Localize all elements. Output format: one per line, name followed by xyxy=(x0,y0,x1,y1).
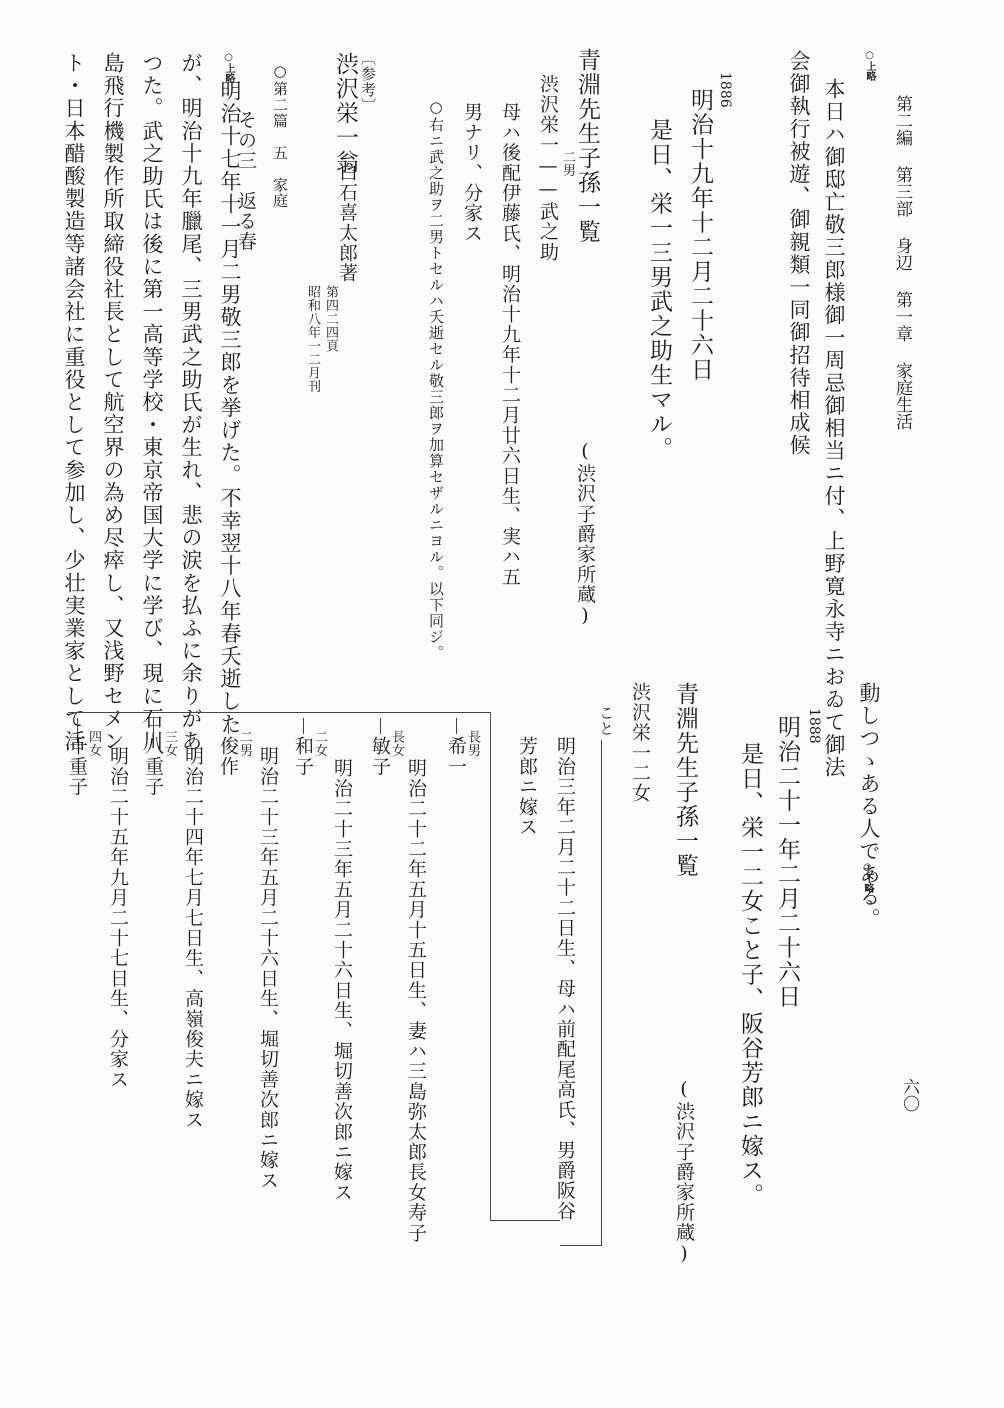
entry-1888-date: 明治二十一年二月二十六日 xyxy=(775,715,798,1009)
child-name: 武之助 xyxy=(537,201,559,262)
genealogy-father: 渋沢栄一——武之助 xyxy=(538,74,557,262)
omit-mark-ref: ○上略 xyxy=(223,52,233,83)
paragraph-line-1: 明治十七年十一月二男敬三郎を挙げた。不幸翌十八年春夭逝した xyxy=(219,80,240,735)
genealogy-detail-2: 男ナリ、分家ス xyxy=(462,102,481,243)
header-topic: 家庭生活 xyxy=(892,362,912,430)
child-6-name: 千重子 xyxy=(67,736,86,797)
entry-1888-text: 是日、栄一二女こと子、阪谷芳郎ニ嫁ス。 xyxy=(738,742,761,1208)
child-3-label: 二女 xyxy=(313,730,326,757)
letter-line-1: 本日ハ御邸亡敬三郎様御一周忌御相当ニ付、上野寛永寺ニおゐて御法 xyxy=(823,78,844,779)
letter-line-2: 会御執行被遊、御親類一同御招待相成候 xyxy=(788,50,809,457)
child-3-tick xyxy=(303,718,304,734)
header-part: 第三部 xyxy=(892,166,912,217)
child-4-detail: 明治二十四年七月七日生、高嶺俊夫ニ嫁ス xyxy=(183,746,202,1130)
genealogy-note: ○右ニ武之助ヲ二男トセルハ夭逝セル敬三郎ヲ加算セザルニヨル。以下同ジ。 xyxy=(428,98,443,661)
child-5-tick xyxy=(153,718,154,734)
daughter-name: こと xyxy=(598,705,613,737)
child-5-name: 八重子 xyxy=(143,736,162,797)
child-2-name: 敏子 xyxy=(370,736,389,776)
father-name: 渋沢栄一 xyxy=(537,74,559,155)
entry-1886-date: 明治十九年十二月二十六日 xyxy=(688,88,711,382)
child-1-detail: 明治二十二年五月十五日生、妻ハ三島弥太郎長女寿子 xyxy=(406,758,425,1243)
child-6-label: 四女 xyxy=(87,730,100,757)
child-1-label: 長男 xyxy=(466,730,479,757)
paragraph-line-4: 島飛行機製作所取締役社長として航空界の為め尽瘁し、又浅野セメン xyxy=(102,52,123,753)
child-2-label: 長女 xyxy=(390,730,403,757)
paragraph-line-2: が、明治十九年臘尾、三男武之助氏が生れ、悲の涙を払ふに余りがあ xyxy=(180,52,201,753)
lineage-line-daughter-end xyxy=(560,1245,602,1246)
child-5-detail: 明治二十五年九月二十七日生、分家ス xyxy=(108,746,127,1089)
reference-book-title: 渋沢栄一翁 xyxy=(333,52,356,175)
children-box xyxy=(490,712,491,1220)
children-bracket-top xyxy=(68,712,491,713)
child-4-name: 俊作 xyxy=(218,736,237,776)
document-page: 第二編第三部身辺第一章家庭生活 六〇 ○上略 本日ハ御邸亡敬三郎様御一周忌御相当… xyxy=(0,0,1004,1408)
continuation-text: 動しつゝある人である。 xyxy=(858,682,879,931)
header-chapter: 第一章 xyxy=(892,291,912,342)
reference-pubdate: 昭和八年一二月刊 xyxy=(306,285,319,393)
entry-1886-text: 是日、栄一三男武之助生マル。 xyxy=(647,118,670,461)
child-4-label: 二男 xyxy=(238,730,251,757)
page-number: 六〇 xyxy=(900,1078,917,1112)
reference-section: ○第二篇 五 家庭 xyxy=(272,62,287,209)
reference-label: 〔参考〕 xyxy=(360,50,375,114)
child-5-label: 三女 xyxy=(163,730,176,757)
omit-mark-top: ○上略 xyxy=(864,50,874,81)
running-header: 第二編第三部身辺第一章家庭生活 xyxy=(893,95,910,430)
daughter-detail-1: 明治三年二月二十二日生、母ハ前配尾高氏、男爵阪谷 xyxy=(555,736,574,1221)
child-3-detail: 明治二十三年五月二十六日生、堀切善次郎ニ嫁ス xyxy=(258,746,277,1190)
reference-author: 白石喜太郎著 xyxy=(337,162,356,283)
genealogy-source-top: (渋沢子爵家所蔵) xyxy=(575,440,594,628)
children-box-bottom xyxy=(490,1220,560,1221)
bottom-father: 渋沢栄一二女 xyxy=(630,682,649,803)
header-volume: 第二編 xyxy=(892,95,912,146)
child-1-tick xyxy=(456,718,457,734)
child-2-tick xyxy=(380,718,381,734)
header-section: 身辺 xyxy=(892,237,912,271)
genealogy-detail-1: 母ハ後配伊藤氏、明治十九年十二月廿六日生、実ハ五 xyxy=(500,102,519,587)
daughter-detail-2: 芳郎ニ嫁ス xyxy=(517,736,536,837)
child-3-name: 和子 xyxy=(293,736,312,776)
child-4-tick xyxy=(228,718,229,734)
lineage-connector: —— xyxy=(537,155,559,201)
child-2-detail: 明治二十三年五月二十六日生、堀切善次郎ニ嫁ス xyxy=(332,758,351,1202)
reference-page: 第四二四頁 xyxy=(324,285,337,353)
child-6-tick xyxy=(77,718,78,734)
lineage-line-daughter xyxy=(601,740,602,1245)
child-label: 二男 xyxy=(561,150,574,177)
paragraph-line-3: つた。武之助氏は後に第一高等学校・東京帝国大学に学び、現に石川 xyxy=(141,52,162,753)
genealogy-title-top: 青淵先生子孫一覧 xyxy=(575,48,598,244)
year-1888: 1888 xyxy=(806,708,822,744)
genealogy-source-bottom: (渋沢子爵家所蔵) xyxy=(674,1078,693,1266)
omit-mark-bottom: ○下略 xyxy=(862,862,872,893)
year-1886: 1886 xyxy=(717,72,733,108)
genealogy-title-bottom: 青淵先生子孫一覧 xyxy=(673,682,696,878)
child-1-name: 希一 xyxy=(446,736,465,776)
paragraph-line-5: ト・日本醋酸製造等諸会社に重役として参加し、少壮実業家として活 xyxy=(63,52,84,753)
